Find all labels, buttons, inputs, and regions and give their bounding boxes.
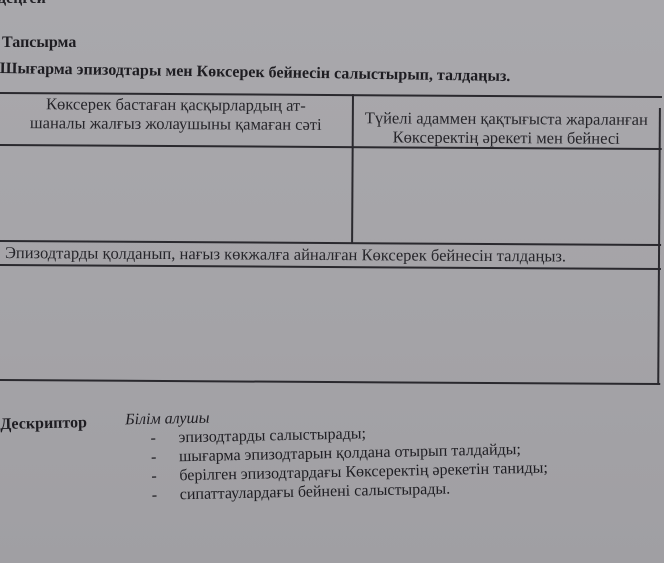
descriptor-section: Дескриптор Білім алушы -эпизодтарды салы… <box>0 398 664 532</box>
column-header-1-line-2: шаналы жалғыз жолаушыны қамаған сәті <box>0 113 352 134</box>
cut-off-heading: деңгей <box>0 0 46 8</box>
answer-cell-1[interactable] <box>1 147 350 239</box>
table-border-bottom <box>0 379 660 385</box>
second-task-text: Эпизодтарды қолданып, нағыз көкжалға айн… <box>5 243 566 266</box>
bullet-dash-icon: - <box>151 466 179 486</box>
column-header-1-line-1: Көксерек бастаған қасқырлардың ат- <box>0 94 352 115</box>
column-header-2: Түйелі адаммен қақтығыста жараланған Көк… <box>354 108 659 148</box>
bullet-dash-icon: - <box>152 485 180 505</box>
task-label: Тапсырма <box>2 34 76 52</box>
descriptor-label: Дескриптор <box>0 414 87 434</box>
task-instruction: Шығарма эпизодтары мен Көксерек бейнесін… <box>0 60 510 86</box>
bullet-dash-icon: - <box>151 447 179 467</box>
descriptor-list: -эпизодтарды салыстырады; -шығарма эпизо… <box>150 421 548 505</box>
answer-cell-2[interactable] <box>355 149 656 241</box>
bullet-dash-icon: - <box>150 428 178 448</box>
descriptor-item-text: сипаттаулардағы бейнені салыстырады. <box>180 481 451 504</box>
column-header-2-line-2: Көксеректің әрекеті мен бейнесі <box>354 127 659 148</box>
column-header-2-line-1: Түйелі адаммен қақтығыста жараланған <box>354 108 659 129</box>
worksheet-page: деңгей Тапсырма Шығарма эпизодтары мен К… <box>0 0 664 563</box>
table-border-right <box>657 108 660 385</box>
descriptor-subject: Білім алушы <box>125 410 210 430</box>
second-answer-cell[interactable] <box>0 268 656 380</box>
column-header-1: Көксерек бастаған қасқырлардың ат- шанал… <box>0 94 352 134</box>
comparison-table: Көксерек бастаған қасқырлардың ат- шанал… <box>0 92 662 386</box>
